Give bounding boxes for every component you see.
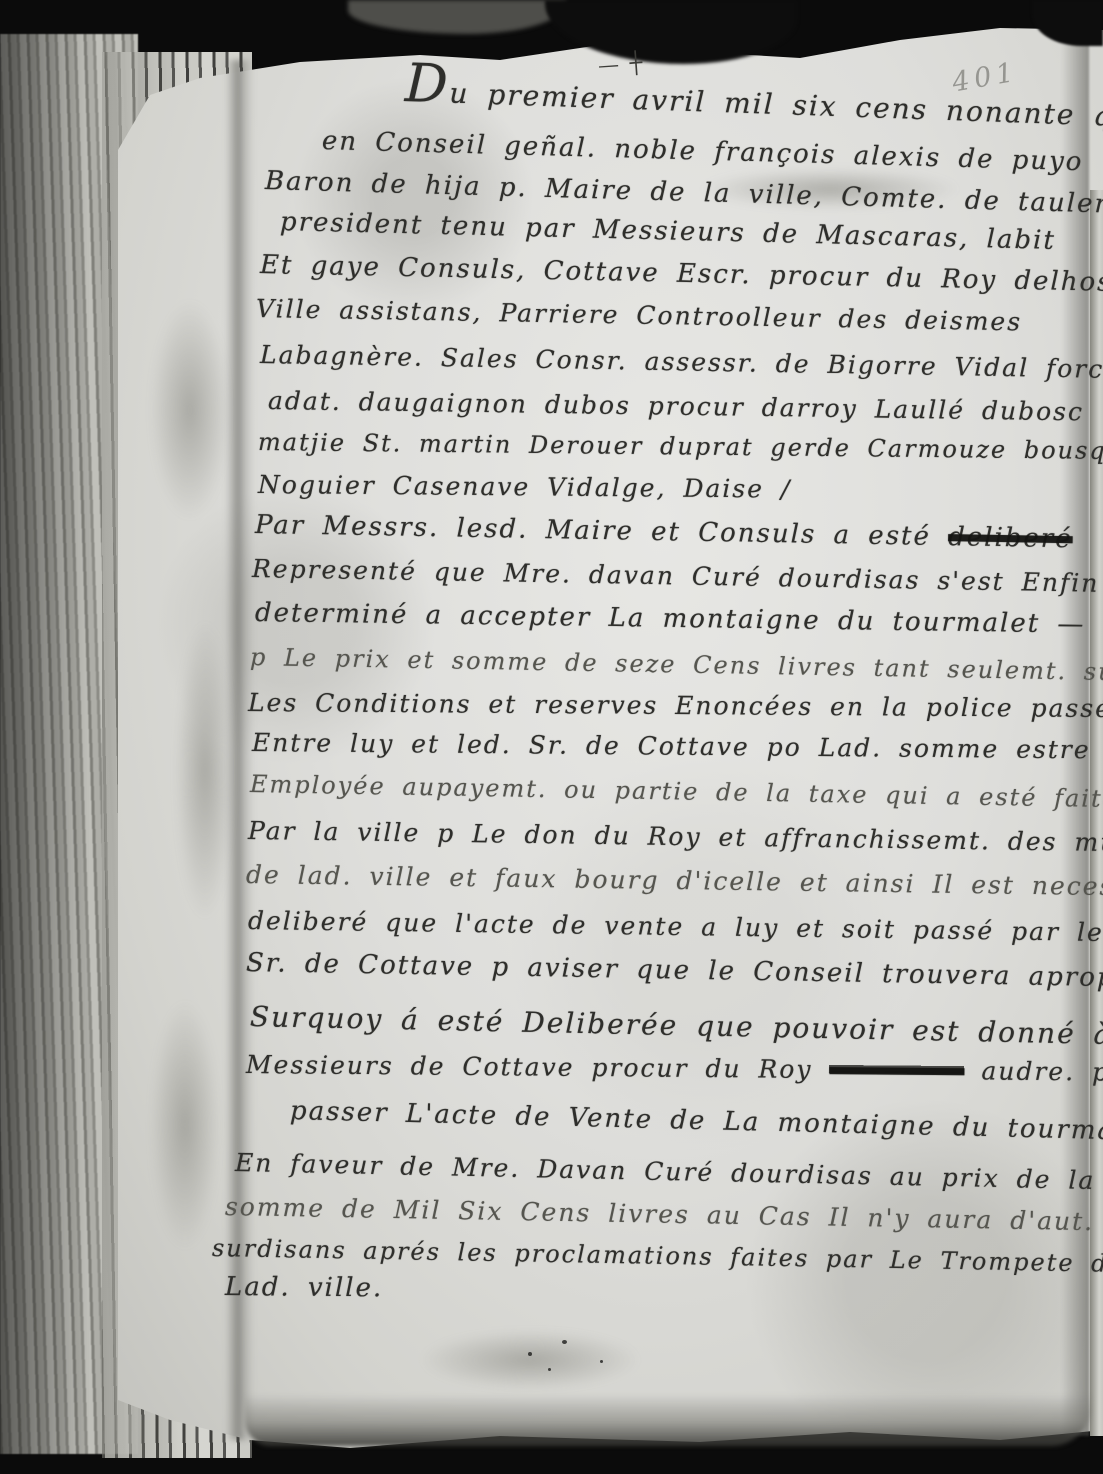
manuscript-text: surdisans aprés les proclamations faites… — [212, 1234, 1103, 1278]
ink-speckle — [548, 1368, 551, 1371]
manuscript-scan: — ┼ 401 Du premier avril mil six cens no… — [0, 0, 1103, 1474]
manuscript-text: somme de Mil Six Cens livres au Cas Il n… — [225, 1192, 1095, 1236]
manuscript-line: Lad. ville. — [225, 1272, 383, 1303]
manuscript-line: Labagnère. Sales Consr. assessr. de Bigo… — [260, 340, 1103, 385]
manuscript-line: Par Messrs. lesd. Maire et Consuls a est… — [255, 510, 1073, 554]
manuscript-line: deliberé que l'acte de vente a luy et so… — [248, 906, 1103, 947]
manuscript-line: Representé que Mre. davan Curé dourdisas… — [252, 554, 1100, 598]
manuscript-line: Surquoy á esté Deliberée que pouvoir est… — [250, 1000, 1103, 1051]
manuscript-text: Et gaye Consuls, Cottave Escr. procur du… — [260, 250, 1103, 299]
manuscript-line: Messieurs de Cottave procur du Roy —————… — [246, 1050, 1103, 1087]
manuscript-text: Lad. ville. — [225, 1272, 383, 1303]
manuscript-line: p Le prix et somme de seze Cens livres t… — [250, 643, 1103, 687]
manuscript-text: en Conseil geñal. noble françois alexis … — [322, 126, 1084, 177]
manuscript-line: En faveur de Mre. Davan Curé dourdisas a… — [235, 1148, 1096, 1195]
manuscript-line: en Conseil geñal. noble françois alexis … — [322, 126, 1084, 177]
struck-word: ————— — [829, 1055, 964, 1085]
manuscript-text-block: Du premier avril mil six cens nonante qu… — [0, 0, 1103, 1474]
manuscript-line: Ville assistans, Parriere Controolleur d… — [256, 294, 1023, 336]
manuscript-text: Labagnère. Sales Consr. assessr. de Bigo… — [260, 340, 1103, 385]
manuscript-text: matjie St. martin Derouer duprat gerde C… — [258, 428, 1103, 465]
manuscript-text: adat. daugaignon dubos procur darroy Lau… — [268, 386, 1084, 426]
manuscript-line: Les Conditions et reserves Enoncées en l… — [248, 688, 1103, 723]
manuscript-line: determiné a accepter La montaigne du tou… — [255, 598, 1086, 640]
manuscript-line: adat. daugaignon dubos procur darroy Lau… — [268, 386, 1084, 426]
manuscript-text: de lad. ville et faux bourg d'icelle et … — [246, 860, 1103, 902]
manuscript-text: Representé que Mre. davan Curé dourdisas… — [252, 554, 1100, 598]
manuscript-text: Par Messrs. lesd. Maire et Consuls a est… — [255, 510, 949, 552]
manuscript-text: Entre luy et led. Sr. de Cottave po Lad.… — [252, 728, 1103, 765]
manuscript-text: Employée aupayemt. ou partie de la taxe … — [250, 770, 1103, 813]
manuscript-text: Messieurs de Cottave procur du Roy — [246, 1050, 830, 1084]
manuscript-text: Du premier avril mil six cens nonante qu… — [404, 75, 1103, 136]
manuscript-line: matjie St. martin Derouer duprat gerde C… — [258, 428, 1103, 465]
manuscript-text: Noguier Casenave Vidalge, Daise / — [258, 470, 792, 504]
manuscript-text: audre. po — — [964, 1056, 1103, 1087]
manuscript-text: En faveur de Mre. Davan Curé dourdisas a… — [235, 1148, 1096, 1195]
manuscript-line: surdisans aprés les proclamations faites… — [212, 1234, 1103, 1278]
manuscript-text: Ville assistans, Parriere Controolleur d… — [256, 294, 1023, 336]
manuscript-text: deliberé que l'acte de vente a luy et so… — [248, 906, 1103, 947]
ink-speckle — [600, 1360, 603, 1363]
manuscript-line: Entre luy et led. Sr. de Cottave po Lad.… — [252, 728, 1103, 765]
manuscript-line: somme de Mil Six Cens livres au Cas Il n… — [225, 1192, 1095, 1236]
manuscript-line: passer L'acte de Vente de La montaigne d… — [290, 1096, 1103, 1147]
manuscript-text: p Le prix et somme de seze Cens livres t… — [250, 643, 1103, 687]
manuscript-line: Noguier Casenave Vidalge, Daise / — [258, 470, 792, 504]
manuscript-line: Sr. de Cottave p aviser que le Conseil t… — [246, 948, 1103, 994]
manuscript-text: passer L'acte de Vente de La montaigne d… — [290, 1096, 1103, 1147]
manuscript-line: Employée aupayemt. ou partie de la taxe … — [250, 770, 1103, 813]
ink-speckle — [528, 1352, 532, 1356]
manuscript-text: Sr. de Cottave p aviser que le Conseil t… — [246, 948, 1103, 994]
struck-word: deliberé — [948, 522, 1073, 554]
manuscript-text: Surquoy á esté Deliberée que pouvoir est… — [250, 1000, 1103, 1051]
manuscript-text: determiné a accepter La montaigne du tou… — [255, 598, 1086, 640]
manuscript-text: Les Conditions et reserves Enoncées en l… — [248, 688, 1103, 723]
manuscript-line: Par la ville p Le don du Roy et affranch… — [248, 816, 1103, 858]
manuscript-line: Du premier avril mil six cens nonante qu… — [404, 68, 1103, 136]
manuscript-line: Et gaye Consuls, Cottave Escr. procur du… — [260, 250, 1103, 299]
manuscript-line: de lad. ville et faux bourg d'icelle et … — [246, 860, 1103, 902]
manuscript-text: Par la ville p Le don du Roy et affranch… — [248, 816, 1103, 858]
ink-speckle — [562, 1340, 567, 1344]
